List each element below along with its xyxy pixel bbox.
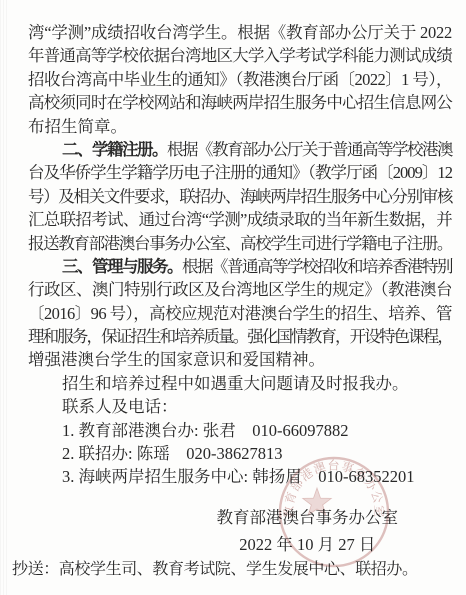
document-body: 湾“学测”成绩招收台湾学生。根据《教育部办公厅关于 2022年普通高等学校依据台… [28, 21, 452, 489]
body-line: 湾“学测”成绩招收台湾学生。根据《教育部办公厅关于 2022 [28, 21, 452, 44]
body-line: 增强港澳台学生的国家意识和爱国精神。 [28, 348, 452, 371]
body-line: 年普通高等学校依据台湾地区大学入学考试学科能力测试成绩 [28, 44, 452, 67]
signature-block: 教育部港澳台事务办公室 2022 年 10 月 27 日 [217, 505, 399, 558]
body-line: 联系人及电话： [28, 395, 452, 418]
cc-line: 抄送：高校学生司、教育考试院、学生发展中心、联招办。 [12, 556, 418, 579]
body-line: 台及华侨学生学籍学历电子注册的通知》（教学厅函〔2009〕12 [28, 161, 452, 184]
body-line: 招生和培养过程中如遇重大问题请及时报我办。 [28, 372, 452, 395]
body-line: 汇总联招考试、通过台湾“学测”成绩录取的当年新生数据，并 [28, 208, 452, 231]
body-line: 高校须同时在学校网站和海峡两岸招生服务中心招生信息网公 [28, 91, 452, 114]
body-line: 招收台湾高中毕业生的通知》（教港澳台厅函〔2022〕1 号）， [28, 68, 452, 91]
scan-edge-streaks [0, 0, 9, 595]
body-line: 报送教育部港澳台事务办公室、高校学生司进行学籍电子注册。 [28, 232, 452, 255]
body-line: 2. 联招办: 陈瑶 020-38627813 [28, 442, 452, 465]
signature: 教育部港澳台事务办公室 [217, 505, 399, 532]
body-line: 1. 教育部港澳台办: 张君 010-66097882 [28, 419, 452, 442]
body-line: 〔2016〕96 号），高校应规范对港澳台学生的招生、培养、管 [28, 302, 452, 325]
document-page: { "page": { "background": "#fdfdfc", "te… [0, 0, 466, 595]
body-line: 3. 海峡两岸招生服务中心: 韩扬眉 010-68352201 [28, 465, 452, 488]
body-line: 三、管理与服务。根据《普通高等学校招收和培养香港特别 [28, 255, 452, 278]
body-line: 号）及相关文件要求，联招办、海峡两岸招生服务中心分别审核 [28, 185, 452, 208]
body-line: 行政区、澳门特别行政区及台湾地区学生的规定》（教港澳台 [28, 278, 452, 301]
date-line: 2022 年 10 月 27 日 [217, 532, 399, 559]
body-line: 二、学籍注册。根据《教育部办公厅关于普通高等学校港澳 [28, 138, 452, 161]
body-line: 布招生简章。 [28, 115, 452, 138]
body-line: 理和服务，保证招生和培养质量。强化国情教育，开设特色课程， [28, 325, 452, 348]
